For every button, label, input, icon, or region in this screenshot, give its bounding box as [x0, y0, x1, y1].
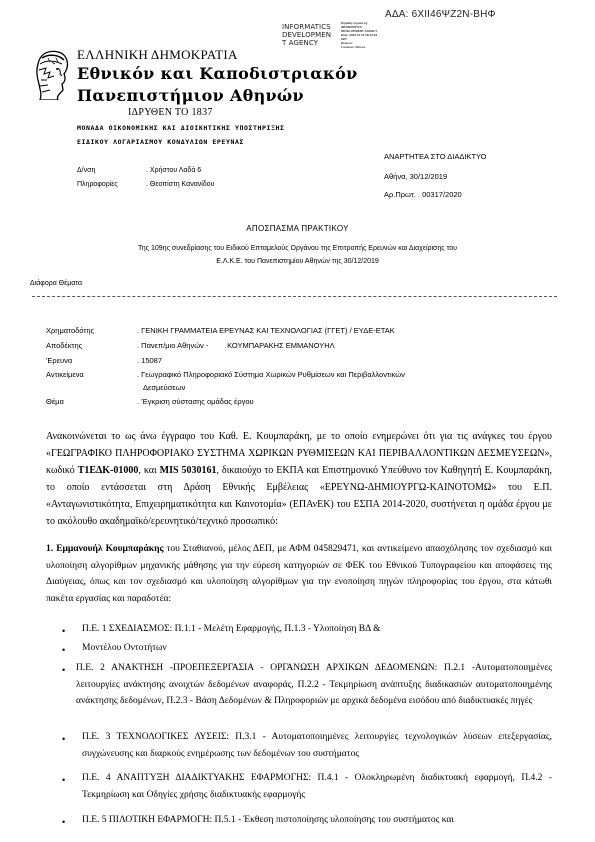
research-value: . 15087 — [137, 356, 162, 365]
member-number: 1. — [46, 544, 53, 554]
misc-topics-label: Διάφορα Θέματα — [30, 280, 82, 287]
bullet-icon: • — [62, 775, 65, 785]
recipient-value: . Πανεπ/μιο Αθηνών - ΚΟΥΜΠΑΡΑΚΗΣ ΕΜΜΑΝΟΥ… — [137, 341, 335, 350]
info-label: Πληροφορίες — [77, 181, 118, 188]
founded-label: ΙΔΡΥΘΕΝ ΤΟ 1837 — [128, 107, 213, 118]
document-title: ΑΠΟΣΠΑΣΜΑ ΠΡΑΚΤΙΚΟΥ — [0, 224, 595, 233]
funder-value: . ΓΕΝΙΚΗ ΓΡΑΜΜΑΤΕΙΑ ΕΡΕΥΝΑΣ ΚΑΙ ΤΕΧΝΟΛΟΓ… — [137, 326, 395, 335]
university-name-line1: Εθνικόν και Καποδιστριακόν — [77, 64, 358, 83]
work-package-item: Μοντέλου Οντοτήτων — [82, 640, 552, 657]
signature-details: Digitally signed by INFORMATICS DEVELOPM… — [341, 21, 401, 49]
ada-code: ΑΔΑ: 6ΧΙΙ46ΨΖ2Ν-ΒΗΦ — [385, 9, 496, 20]
signature-block: INFORMATICS DEVELOPMEN T AGENCY — [282, 23, 331, 47]
funder-label: Χρηματοδότης — [46, 326, 94, 335]
republic-label: ΕΛΛΗΝΙΚΗ ΔΗΜΟΚΡΑΤΙΑ — [77, 47, 238, 63]
work-package-item: Π.Ε. 4 ΑΝΑΠΤΥΞΗ ΔΙΑΔΙΚΤΥΑΚΗΣ ΕΦΑΡΜΟΓΗΣ: … — [82, 770, 552, 803]
address-value: . Χρήστου Λαδά 6 — [146, 167, 201, 174]
session-line-1: Της 109ης συνεδρίασης του Ειδικού Επταμε… — [0, 245, 595, 252]
topic-label: Θέμα — [46, 397, 64, 406]
document-date: Αθήνα, 30/12/2019 — [384, 172, 447, 181]
topic-value: . 'Εγκριση σύστασης ομάδας έργου — [137, 397, 254, 406]
member-name: Εμμανουήλ Κουμπαράκης — [56, 544, 163, 554]
signature-line: INFORMATICS — [282, 23, 331, 31]
signature-detail: Location: Athens — [341, 45, 401, 49]
info-value: . Θεοπίστη Κανανίδου — [146, 181, 214, 188]
dashed-divider — [32, 296, 557, 297]
bullet-icon: • — [62, 665, 65, 675]
recipient-label: Αποδέκτης — [46, 341, 82, 350]
bullet-icon: • — [62, 645, 65, 655]
unit-name-line1: ΜΟΝΑΔΑ ΟΙΚΟΝΟΜΙΚΗΣ ΚΑΙ ΔΙΟΙΚΗΤΙΚΗΣ ΥΠΟΣΤ… — [77, 124, 285, 132]
bullet-icon: • — [62, 734, 65, 744]
subjects-value-cont: Δεσμεύσεων — [143, 383, 185, 392]
bullet-icon: • — [62, 626, 65, 636]
research-label: 'Ερευνα — [46, 356, 72, 365]
member-item: 1. Εμμανουήλ Κουμπαράκης του Σταθιανού, … — [46, 541, 552, 607]
intro-paragraph: Ανακοινώνεται το ως άνω έγγραφο του Καθ.… — [46, 428, 552, 530]
signature-line: DEVELOPMEN — [282, 31, 331, 39]
work-package-item: Π.Ε. 2 ΑΝΑΚΤΗΣΗ -ΠΡΟΕΠΕΞΕΡΓΑΣΙΑ - ΟΡΓΑΝΩ… — [76, 660, 552, 710]
subjects-value: . Γεωγραφικό Πληροφοριακό Σύστημα Χωρικώ… — [137, 370, 405, 379]
project-code: Τ1ΕΔΚ-01000 — [78, 465, 139, 476]
protocol-number: Αρ.Πρωτ. . 00317/2020 — [384, 190, 462, 199]
bullet-icon: • — [62, 817, 65, 827]
university-name-line2: Πανεπιστήμιον Αθηνών — [77, 86, 304, 105]
work-package-item: Π.Ε. 5 ΠΙΛΟΤΙΚΗ ΕΦΑΡΜΟΓΗ: Π.5.1 - Έκθεση… — [82, 812, 552, 829]
post-online-label: ΑΝΑΡΤΗΤΕΑ ΣΤΟ ΔΙΑΔΙΚΤΥΟ — [384, 152, 486, 161]
unit-name-line2: ΕΙΔΙΚΟΥ ΛΟΓΑΡΙΑΣΜΟΥ ΚΟΝΔΥΛΙΩΝ ΕΡΕΥΝΑΣ — [77, 138, 244, 146]
university-logo-icon — [36, 50, 70, 100]
subjects-label: Αντικείμενα — [46, 370, 84, 379]
intro-text: , και — [138, 465, 159, 476]
address-label: Δ/νση — [77, 167, 95, 174]
work-package-item: Π.Ε. 3 ΤΕΧΝΟΛΟΓΙΚΕΣ ΛΥΣΕΙΣ: Π.3.1 - Αυτο… — [82, 729, 552, 762]
signature-line: T AGENCY — [282, 39, 331, 47]
work-package-item: Π.Ε. 1 ΣΧΕΔΙΑΣΜΟΣ: Π.1.1 - Μελέτη Εφαρμο… — [82, 621, 552, 638]
mis-code: MIS 5030161 — [160, 465, 217, 476]
session-line-2: Ε.Λ.Κ.Ε. του Πανεπιστημίου Αθηνών της 30… — [0, 258, 595, 265]
